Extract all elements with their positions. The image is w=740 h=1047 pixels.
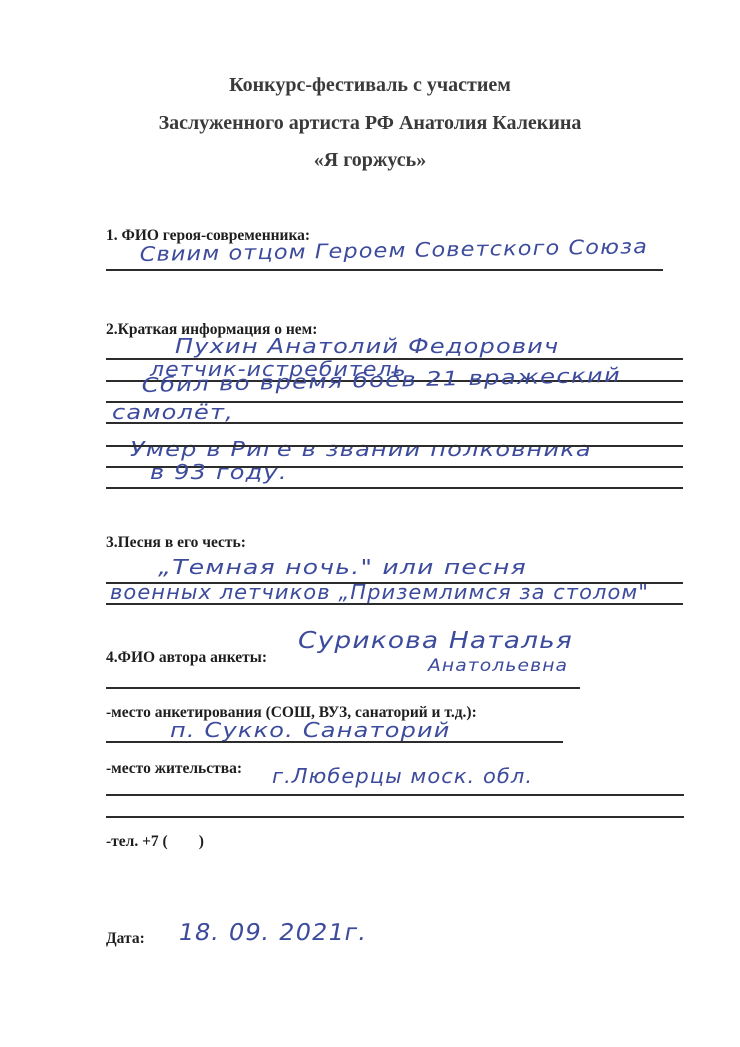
q2-answer-line-5[interactable]: Умер в Риге в звании полковника <box>130 437 592 461</box>
q3-answer-line-2[interactable]: военных летчиков „Приземлимся за столом" <box>110 580 649 604</box>
q4-answer-line-2[interactable]: Анатольевна <box>428 656 568 676</box>
form-title-line-3: «Я горжусь» <box>0 149 740 172</box>
phone-label[interactable]: -тел. +7 ( ) <box>106 833 204 851</box>
place-survey-line <box>106 741 563 743</box>
q4-answer-line-1[interactable]: Сурикова Наталья <box>298 628 573 654</box>
q2-line-7 <box>106 487 683 489</box>
form-title-line-1: Конкурс-фестиваль с участием <box>0 74 740 97</box>
q2-line-5 <box>106 445 683 447</box>
date-label: Дата: <box>106 930 145 948</box>
form-title-line-2: Заслуженного артиста РФ Анатолия Калекин… <box>0 112 740 135</box>
q4-label: 4.ФИО автора анкеты: <box>106 649 267 667</box>
place-survey-answer[interactable]: п. Сукко. Санаторий <box>170 718 451 742</box>
q2-answer-line-6[interactable]: в 93 году. <box>150 460 288 484</box>
q2-line-4 <box>106 422 683 424</box>
date-answer[interactable]: 18. 09. 2021г. <box>176 920 370 946</box>
residence-line-2 <box>106 816 684 818</box>
q4-answer-line <box>106 687 580 689</box>
q3-line-2 <box>106 603 683 605</box>
q1-answer-line <box>106 269 663 271</box>
residence-label: -место жительства: <box>106 760 242 778</box>
q2-answer-line-4[interactable]: самолёт, <box>112 400 234 424</box>
residence-line-1 <box>106 794 684 796</box>
q3-answer-line-1[interactable]: „Темная ночь." или песня <box>158 555 527 579</box>
q2-answer-line-1[interactable]: Пухин Анатолий Федорович <box>175 334 559 358</box>
q3-label: 3.Песня в его честь: <box>106 534 246 552</box>
residence-answer[interactable]: г.Люберцы моск. обл. <box>272 764 533 788</box>
